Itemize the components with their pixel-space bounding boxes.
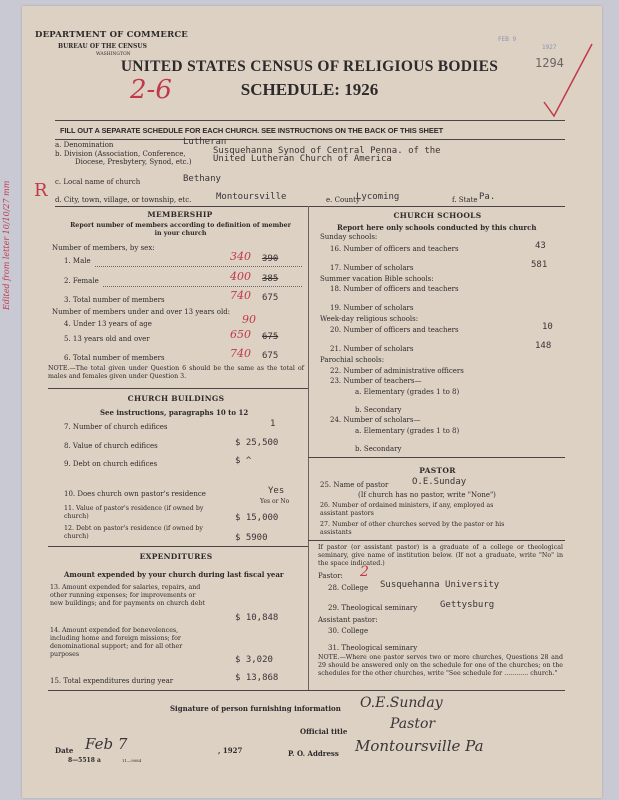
denomination-label: a. Denomination xyxy=(55,141,113,149)
address-label: P. O. Address xyxy=(288,749,339,758)
parochial-schools-label: Parochial schools: xyxy=(320,356,384,364)
residence-debt-label: 12. Debt on pastor's residence (if owned… xyxy=(64,525,214,541)
form-code: 8—5518 a xyxy=(68,757,101,764)
sunday-schools-label: Sunday schools: xyxy=(320,233,377,241)
checkmark-icon xyxy=(540,40,596,120)
weekday-schools-label: Week-day religious schools: xyxy=(320,315,418,323)
assistant-subheading: Assistant pastor: xyxy=(318,616,378,624)
column-divider xyxy=(308,206,309,690)
q20-value[interactable]: 10 xyxy=(542,322,553,332)
received-stamp: FEB 9 xyxy=(498,36,516,43)
residence-label: 10. Does church own pastor's residence xyxy=(64,490,206,498)
buildings-intro: See instructions, paragraphs 10 to 12 xyxy=(100,408,248,417)
pastor-note: NOTE.—Where one pastor serves two or mor… xyxy=(318,654,563,678)
total-2-corrected[interactable]: 740 xyxy=(230,347,251,360)
q23a-label: a. Elementary (grades 1 to 8) xyxy=(355,388,459,396)
q17-value[interactable]: 581 xyxy=(531,260,547,270)
county-value[interactable]: Lycoming xyxy=(356,192,399,202)
q24a-label: a. Elementary (grades 1 to 8) xyxy=(355,427,459,435)
q24b-label: b. Secondary xyxy=(355,445,401,453)
q21-label: 21. Number of scholars xyxy=(330,345,413,353)
department-name: DEPARTMENT OF COMMERCE xyxy=(35,30,188,40)
address-value[interactable]: Montoursville Pa xyxy=(355,737,484,755)
asst-seminary-label: 31. Theological seminary xyxy=(328,644,417,652)
by-sex-label: Number of members, by sex: xyxy=(52,244,155,252)
male-corrected[interactable]: 340 xyxy=(230,250,251,263)
date-year: , 1927 xyxy=(218,746,242,755)
total-2-label: 6. Total number of members xyxy=(64,354,165,362)
schedule-year: SCHEDULE: 1926 xyxy=(0,80,619,100)
q27-label: 27. Number of other churches served by t… xyxy=(320,521,520,537)
state-label: f. State xyxy=(452,196,478,204)
pastor-mark: 2 xyxy=(360,564,369,580)
pastor-title: PASTOR xyxy=(310,466,565,475)
benevolences-value[interactable]: $ 3,020 xyxy=(235,655,273,665)
handwritten-code: 2-6 xyxy=(130,75,172,105)
divider xyxy=(48,690,308,691)
q16-label: 16. Number of officers and teachers xyxy=(330,245,459,253)
seminary-value[interactable]: Gettysburg xyxy=(440,600,494,610)
expenditures-intro: Amount expended by your church during la… xyxy=(64,570,284,579)
college-label: 28. College xyxy=(328,584,368,592)
asst-college-label: 30. College xyxy=(328,627,368,635)
margin-note: Edited from letter 10/10/27 mm xyxy=(2,180,11,310)
q22-label: 22. Number of administrative officers xyxy=(330,367,464,375)
total-corrected[interactable]: 740 xyxy=(230,289,251,302)
total-2-value[interactable]: 675 xyxy=(262,351,278,361)
divider xyxy=(55,139,565,140)
local-name-label: c. Local name of church xyxy=(55,178,140,186)
date-value[interactable]: Feb 7 xyxy=(85,735,127,753)
benevolences-label: 14. Amount expended for benevolences, in… xyxy=(50,627,205,659)
edifice-value[interactable]: $ 25,500 xyxy=(235,438,278,448)
form-title: UNITED STATES CENSUS OF RELIGIOUS BODIES xyxy=(0,58,619,76)
q24-label: 24. Number of scholars— xyxy=(330,416,420,424)
bureau-name: BUREAU OF THE CENSUS xyxy=(58,43,147,50)
division-value-2[interactable]: United Lutheran Church of America xyxy=(213,154,392,164)
q19-label: 19. Number of scholars xyxy=(330,304,413,312)
over-13-label: 5. 13 years old and over xyxy=(64,335,150,343)
expenditures-title: EXPENDITURES xyxy=(48,552,304,561)
membership-male-label: 1. Male xyxy=(64,257,91,265)
signature-value[interactable]: O.E.Sunday xyxy=(360,695,443,711)
pastor-name-value[interactable]: O.E.Sunday xyxy=(412,477,466,487)
residence-value-label: 11. Value of pastor's residence (if owne… xyxy=(64,505,214,521)
under-13-label: 4. Under 13 years of age xyxy=(64,320,152,328)
city-label: d. City, town, village, or township, etc… xyxy=(55,196,191,204)
female-value[interactable]: 385 xyxy=(262,274,278,284)
q17-label: 17. Number of scholars xyxy=(330,264,413,272)
over-13-corrected[interactable]: 650 xyxy=(230,328,251,341)
pastor-name-hint: (If church has no pastor, write "None") xyxy=(358,491,496,499)
edifice-debt-value[interactable]: $ ^ xyxy=(235,456,251,466)
summer-schools-label: Summer vacation Bible schools: xyxy=(320,275,434,283)
q26-label: 26. Number of ordained ministers, if any… xyxy=(320,502,520,518)
running-expenses-value[interactable]: $ 10,848 xyxy=(235,613,278,623)
yes-no-hint: Yes or No xyxy=(260,498,289,505)
total-expenditures-value[interactable]: $ 13,868 xyxy=(235,673,278,683)
state-value[interactable]: Pa. xyxy=(479,192,495,202)
date-label: Date xyxy=(55,746,73,755)
divider xyxy=(48,546,308,547)
instructions-banner: FILL OUT A SEPARATE SCHEDULE FOR EACH CH… xyxy=(60,126,560,135)
buildings-title: CHURCH BUILDINGS xyxy=(48,394,304,403)
graduate-note: If pastor (or assistant pastor) is a gra… xyxy=(318,544,563,568)
q18-label: 18. Number of officers and teachers xyxy=(330,285,459,293)
edifices-value[interactable]: 1 xyxy=(270,419,275,429)
edifice-debt-label: 9. Debt on church edifices xyxy=(64,460,157,468)
q21-value[interactable]: 148 xyxy=(535,341,551,351)
pastor-name-label: 25. Name of pastor xyxy=(320,481,388,489)
running-expenses-label: 13. Amount expended for salaries, repair… xyxy=(50,584,205,608)
q23b-label: b. Secondary xyxy=(355,406,401,414)
divider xyxy=(308,540,565,541)
margin-mark: R xyxy=(34,180,48,201)
schools-intro: Report here only schools conducted by th… xyxy=(337,223,536,232)
schools-title: CHURCH SCHOOLS xyxy=(310,211,565,220)
county-label: e. County xyxy=(326,196,360,204)
residence-value-amount[interactable]: $ 15,000 xyxy=(235,513,278,523)
official-title-label: Official title xyxy=(300,727,347,736)
residence-value[interactable]: Yes xyxy=(268,486,284,496)
print-code: 11—9084 xyxy=(122,758,141,763)
residence-debt-value[interactable]: $ 5900 xyxy=(235,533,268,543)
edifices-label: 7. Number of church edifices xyxy=(64,423,168,431)
official-title-value[interactable]: Pastor xyxy=(390,716,435,732)
signature-label: Signature of person furnishing informati… xyxy=(170,704,341,713)
divider xyxy=(308,690,565,691)
local-name-value[interactable]: Bethany xyxy=(183,174,221,184)
college-value[interactable]: Susquehanna University xyxy=(380,580,499,590)
divider xyxy=(55,120,565,121)
fill-line xyxy=(95,266,302,267)
under-13-corrected[interactable]: 90 xyxy=(242,313,256,326)
male-value[interactable]: 390 xyxy=(262,254,278,264)
divider xyxy=(308,457,565,458)
total-expenditures-label: 15. Total expenditures during year xyxy=(50,677,173,685)
divider xyxy=(55,206,565,207)
membership-title: MEMBERSHIP xyxy=(55,210,305,219)
divider xyxy=(48,388,308,389)
membership-intro: Report number of members according to de… xyxy=(68,222,293,238)
division-label-2: Diocese, Presbytery, Synod, etc.) xyxy=(75,158,192,166)
division-label: b. Division (Association, Conference, xyxy=(55,150,186,158)
q23-label: 23. Number of teachers— xyxy=(330,377,422,385)
seminary-label: 29. Theological seminary xyxy=(328,604,417,612)
female-corrected[interactable]: 400 xyxy=(230,270,251,283)
membership-total-label: 3. Total number of members xyxy=(64,296,165,304)
by-age-label: Number of members under and over 13 year… xyxy=(52,308,230,316)
city-value[interactable]: Montoursville xyxy=(216,192,286,202)
membership-note: NOTE.—The total given under Question 6 s… xyxy=(48,365,304,381)
edifice-value-label: 8. Value of church edifices xyxy=(64,442,158,450)
fill-line xyxy=(103,286,302,287)
q16-value[interactable]: 43 xyxy=(535,241,546,251)
membership-female-label: 2. Female xyxy=(64,277,99,285)
q20-label: 20. Number of officers and teachers xyxy=(330,326,459,334)
pastor-subheading: Pastor: xyxy=(318,572,343,580)
city-name: WASHINGTON xyxy=(96,52,131,57)
over-13-value[interactable]: 675 xyxy=(262,332,278,342)
total-value[interactable]: 675 xyxy=(262,293,278,303)
